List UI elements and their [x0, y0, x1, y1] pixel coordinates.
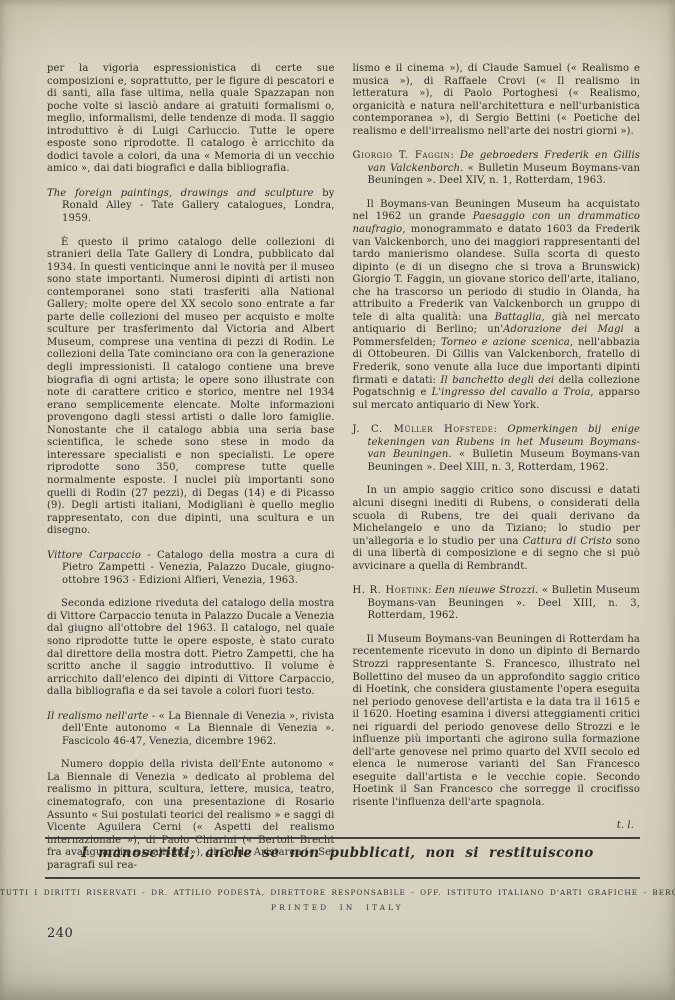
italic-text: Adorazione dei Magi — [503, 324, 624, 335]
plain-text: Il Museum Boymans-van Beuningen di Rotte… — [353, 634, 641, 808]
plain-text: lismo e il cinema »), di Claude Samuel (… — [353, 63, 641, 137]
body-paragraph: per la vigoria espressionistica di certe… — [47, 63, 335, 176]
body-paragraph: È questo il primo catalogo delle collezi… — [47, 237, 335, 538]
right-column: lismo e il cinema »), di Claude Samuel (… — [353, 63, 641, 882]
body-paragraph: Il Boymans-van Beuningen Museum ha acqui… — [353, 199, 641, 412]
italic-text: Battaglia — [495, 312, 542, 323]
entry-heading: H. R. Hoetink: Een nieuwe Strozzi. « Bul… — [353, 585, 641, 623]
plain-text: per la vigoria espressionistica di certe… — [47, 63, 335, 174]
smallcaps-author: H. R. Hoetink — [353, 585, 429, 596]
italic-text: Il banchetto degli dei — [440, 375, 554, 386]
italic-text: Cattura di Cristo — [523, 536, 612, 547]
plain-text: t. l. — [617, 820, 634, 831]
plain-text: : — [451, 150, 460, 161]
italic-text: L'ingresso del cavallo a Troia — [432, 387, 591, 398]
entry-heading: Giorgio T. Faggin: De gebroeders Frederi… — [353, 150, 641, 188]
printed-in-italy: PRINTED IN ITALY — [0, 903, 675, 912]
italic-text: Vittore Carpaccio — [47, 550, 141, 561]
entry-heading: Vittore Carpaccio - Catalogo della mostr… — [47, 550, 335, 588]
body-paragraph: Seconda edizione riveduta del catalogo d… — [47, 598, 335, 698]
text-columns: per la vigoria espressionistica di certe… — [47, 63, 640, 882]
plain-text: È questo il primo catalogo delle collezi… — [47, 237, 335, 537]
page-number: 240 — [47, 926, 73, 941]
italic-text: Een nieuwe Strozzi. — [435, 585, 538, 596]
footer-rule-bottom — [45, 877, 640, 879]
manuscripts-notice: I manoscritti, anche se non pubblicati, … — [0, 845, 675, 861]
plain-text: , monogrammato e datato 1603 da Frederik… — [353, 224, 641, 323]
plain-text: : — [493, 424, 507, 435]
imprint-line: TUTTI I DIRITTI RISERVATI - DR. ATTILIO … — [0, 888, 675, 897]
plain-text: : — [428, 585, 435, 596]
italic-text: Torneo e azione scenica — [441, 337, 570, 348]
entry-heading: The foreign paintings, drawings and scul… — [47, 188, 335, 226]
entry-heading: J. C. Müller Hofstede: Opmerkingen bij e… — [353, 424, 641, 474]
body-paragraph: In un ampio saggio critico sono discussi… — [353, 485, 641, 573]
body-paragraph: lismo e il cinema »), di Claude Samuel (… — [353, 63, 641, 138]
smallcaps-author: Giorgio T. Faggin — [353, 150, 451, 161]
italic-text: The foreign paintings, drawings and scul… — [47, 188, 314, 199]
reviewer-signature: t. l. — [353, 820, 635, 833]
body-paragraph: Il Museum Boymans-van Beuningen di Rotte… — [353, 634, 641, 810]
entry-heading: Il realismo nell'arte - « La Biennale di… — [47, 711, 335, 749]
italic-text: Il realismo nell'arte — [47, 711, 149, 722]
left-column: per la vigoria espressionistica di certe… — [47, 63, 335, 882]
plain-text: Seconda edizione riveduta del catalogo d… — [47, 598, 335, 697]
footer-rule-top — [45, 837, 640, 839]
smallcaps-author: J. C. Müller Hofstede — [353, 424, 494, 435]
